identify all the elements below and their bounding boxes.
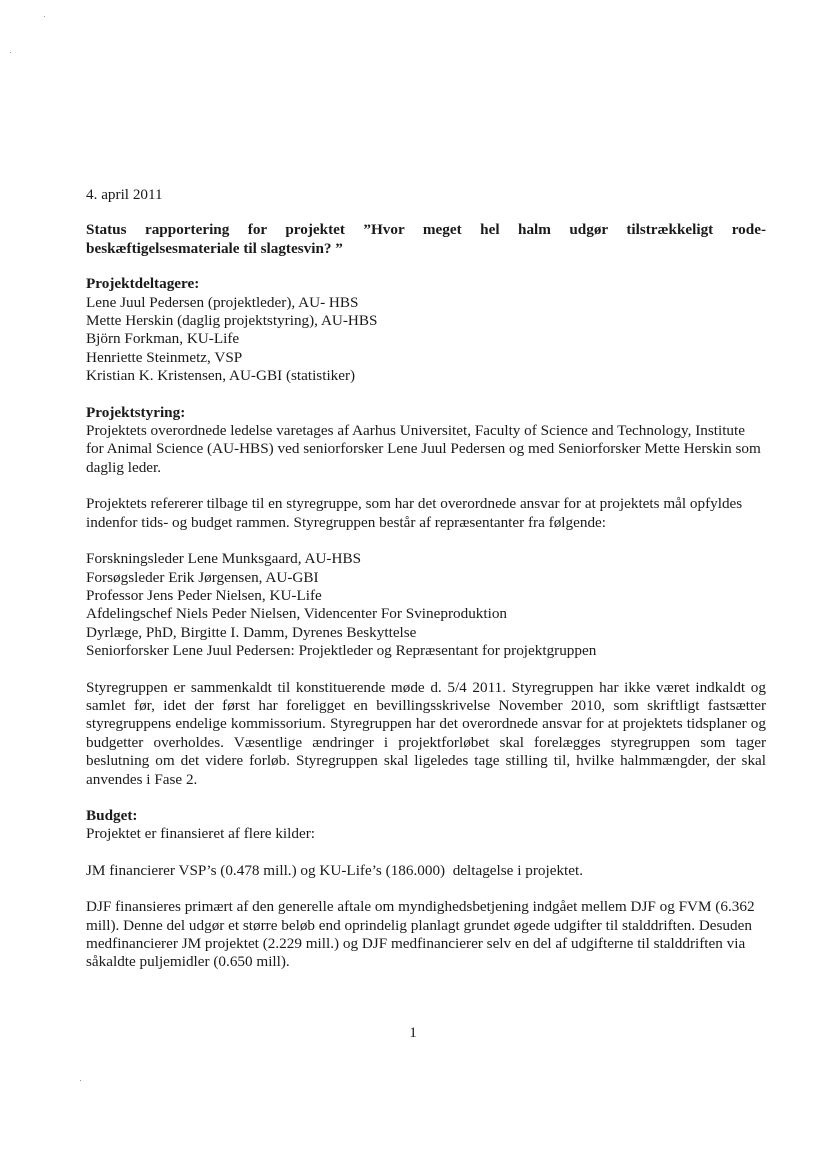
steering-group-member: Forsøgsleder Erik Jørgensen, AU-GBI [86,569,766,587]
management-section: Projektstyring: Projektets overordnede l… [86,404,766,789]
steering-group-list: Forskningsleder Lene Munksgaard, AU-HBS … [86,550,766,660]
steering-group-member: Seniorforsker Lene Juul Pedersen: Projek… [86,642,766,660]
budget-paragraph-2: DJF finansieres primært af den generelle… [86,898,766,972]
participants-list: Lene Juul Pedersen (projektleder), AU- H… [86,294,766,386]
participant-item: Björn Forkman, KU-Life [86,330,766,348]
document-title-line-1: Status rapportering for projektet ”Hvor … [86,221,766,239]
document-page: 4. april 2011 Status rapportering for pr… [86,186,766,990]
steering-group-member: Professor Jens Peder Nielsen, KU-Life [86,587,766,605]
document-date: 4. april 2011 [86,186,766,204]
management-paragraph-1: Projektets overordnede ledelse varetages… [86,422,766,477]
participant-item: Henriette Steinmetz, VSP [86,349,766,367]
participant-item: Kristian K. Kristensen, AU-GBI (statisti… [86,367,766,385]
management-paragraph-2: Projektets refererer tilbage til en styr… [86,495,766,532]
management-paragraph-3: Styregruppen er sammenkaldt til konstitu… [86,679,766,789]
budget-paragraph-1: JM financierer VSP’s (0.478 mill.) og KU… [86,862,766,880]
scan-speck [10,52,11,53]
steering-group-member: Afdelingschef Niels Peder Nielsen, Viden… [86,605,766,623]
budget-intro: Projektet er finansieret af flere kilder… [86,825,766,843]
management-heading: Projektstyring: [86,404,766,422]
document-title-line-2: beskæftigelsesmateriale til slagtesvin? … [86,240,343,257]
participant-item: Lene Juul Pedersen (projektleder), AU- H… [86,294,766,312]
participants-heading: Projektdeltagere: [86,275,766,293]
participant-item: Mette Herskin (daglig projektstyring), A… [86,312,766,330]
page-number: 1 [0,1024,826,1042]
document-title: Status rapportering for projektet ”Hvor … [86,221,766,258]
steering-group-member: Dyrlæge, PhD, Birgitte I. Damm, Dyrenes … [86,624,766,642]
budget-section: Budget: Projektet er finansieret af fler… [86,807,766,972]
scan-speck [80,1080,81,1081]
scan-speck [44,16,45,17]
participants-section: Projektdeltagere: Lene Juul Pedersen (pr… [86,275,766,385]
steering-group-member: Forskningsleder Lene Munksgaard, AU-HBS [86,550,766,568]
budget-heading: Budget: [86,807,766,825]
